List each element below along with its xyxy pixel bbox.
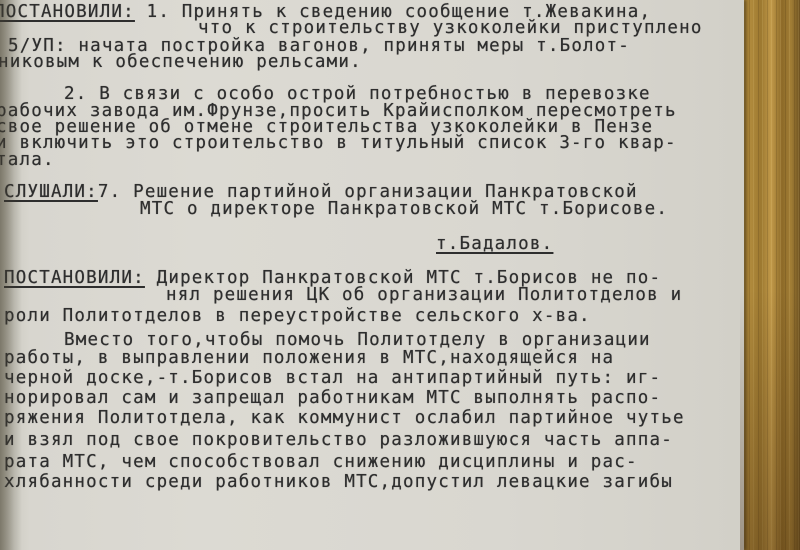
section-label-postanovili: ПОСТАНОВИЛИ: [0, 2, 135, 22]
resolution-2-line-4: и включить это строительство в титульный… [0, 135, 677, 153]
resolution-7-line-3: роли Политотделов в переустройстве сельс… [4, 308, 591, 326]
typewritten-page: ПОСТАНОВИЛИ: 1. Принять к сведению сообщ… [0, 0, 744, 550]
section-label-postanovili-2: ПОСТАНОВИЛИ: [4, 268, 145, 288]
resolution-7-line-8: ряжения Политотдела, как коммунист ослаб… [4, 410, 685, 428]
resolution-7-line-7: норировал сам и запрещал работникам МТС … [4, 390, 661, 408]
resolution-7-line-4: Вместо того,чтобы помочь Политотделу в о… [64, 332, 651, 350]
resolution-7-line-5: работы, в выправлении положения в МТС,на… [4, 350, 614, 368]
speaker-name: т.Бадалов. [436, 236, 553, 254]
resolution-7-line-9: и взял под свое покровительство разложив… [4, 432, 673, 450]
resolution-7-line-6: черной доске,-т.Борисов встал на антипар… [4, 370, 661, 388]
heard-item-7-line-2: МТС о директоре Панкратовской МТС т.Бори… [140, 201, 668, 219]
wooden-table-background [740, 0, 800, 550]
resolution-7-line-2: нял решения ЦК об организации Политотдел… [166, 287, 682, 305]
resolution-7-line-11: хлябанности среди работников МТС,допусти… [4, 474, 673, 492]
section-label-slushali: СЛУШАЛИ: [4, 182, 98, 202]
resolution-1-line-4: никовым к обеспечению рельсами. [0, 54, 362, 72]
resolution-7-line-10: рата МТС, чем способствовал снижению дис… [4, 454, 638, 472]
resolution-1-line-2: что к строительству узкоколейки приступл… [198, 20, 703, 38]
resolution-2-line-5: тала. [0, 152, 55, 170]
